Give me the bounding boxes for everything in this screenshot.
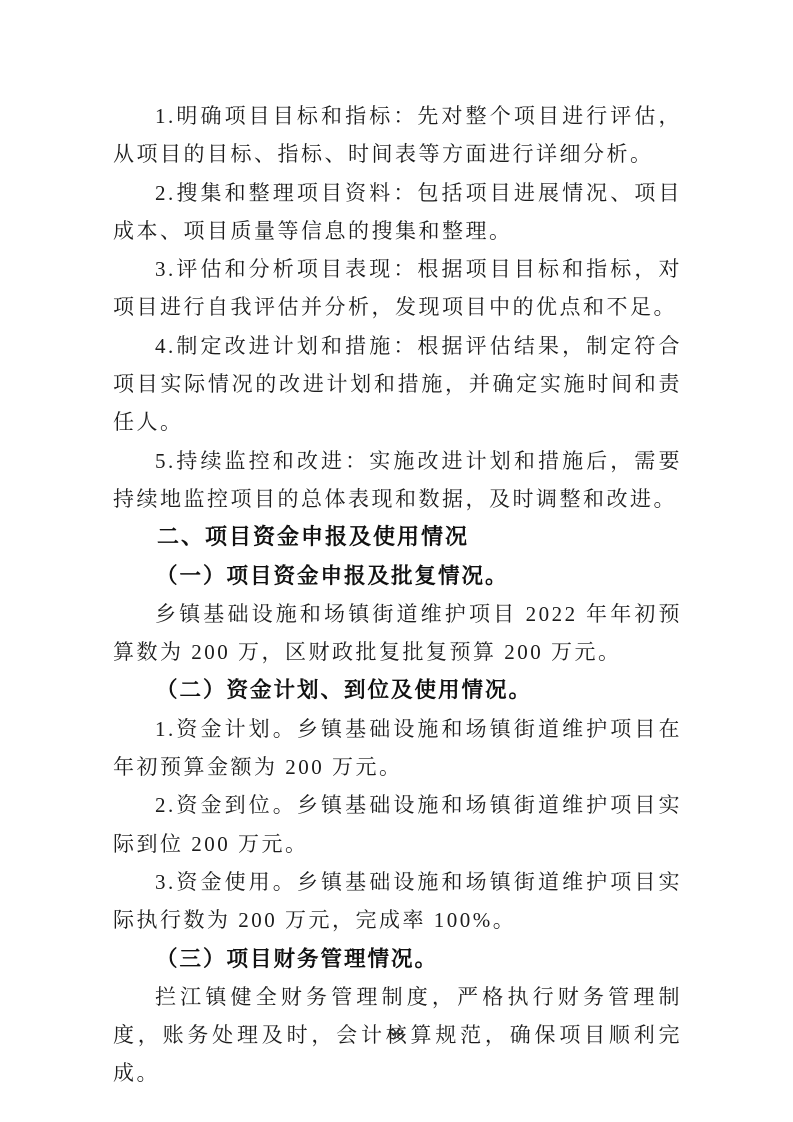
document-body: 1.明确项目目标和指标：先对整个项目进行评估，从项目的目标、指标、时间表等方面进…: [113, 97, 682, 1093]
paragraph-fund-plan: 1.资金计划。乡镇基础设施和场镇街道维护项目在年初预算金额为 200 万元。: [113, 710, 682, 787]
page-number: 38: [0, 1026, 793, 1042]
paragraph-fund-arrival: 2.资金到位。乡镇基础设施和场镇街道维护项目实际到位 200 万元。: [113, 786, 682, 863]
section-heading-funds: 二、项目资金申报及使用情况: [113, 518, 682, 556]
subsection-heading-finance-management: （三）项目财务管理情况。: [113, 940, 682, 978]
paragraph-step-2: 2.搜集和整理项目资料：包括项目进展情况、项目成本、项目质量等信息的搜集和整理。: [113, 174, 682, 251]
document-page: 1.明确项目目标和指标：先对整个项目进行评估，从项目的目标、指标、时间表等方面进…: [0, 0, 793, 1122]
paragraph-budget-declaration: 乡镇基础设施和场镇街道维护项目 2022 年年初预算数为 200 万，区财政批复…: [113, 595, 682, 672]
paragraph-fund-execution: 3.资金使用。乡镇基础设施和场镇街道维护项目实际执行数为 200 万元，完成率 …: [113, 863, 682, 940]
paragraph-step-1: 1.明确项目目标和指标：先对整个项目进行评估，从项目的目标、指标、时间表等方面进…: [113, 97, 682, 174]
paragraph-step-4: 4.制定改进计划和措施：根据评估结果，制定符合项目实际情况的改进计划和措施，并确…: [113, 327, 682, 442]
paragraph-step-5: 5.持续监控和改进：实施改进计划和措施后，需要持续地监控项目的总体表现和数据，及…: [113, 442, 682, 519]
subsection-heading-declaration: （一）项目资金申报及批复情况。: [113, 557, 682, 595]
subsection-heading-fund-usage: （二）资金计划、到位及使用情况。: [113, 671, 682, 709]
paragraph-step-3: 3.评估和分析项目表现：根据项目目标和指标，对项目进行自我评估并分析，发现项目中…: [113, 250, 682, 327]
